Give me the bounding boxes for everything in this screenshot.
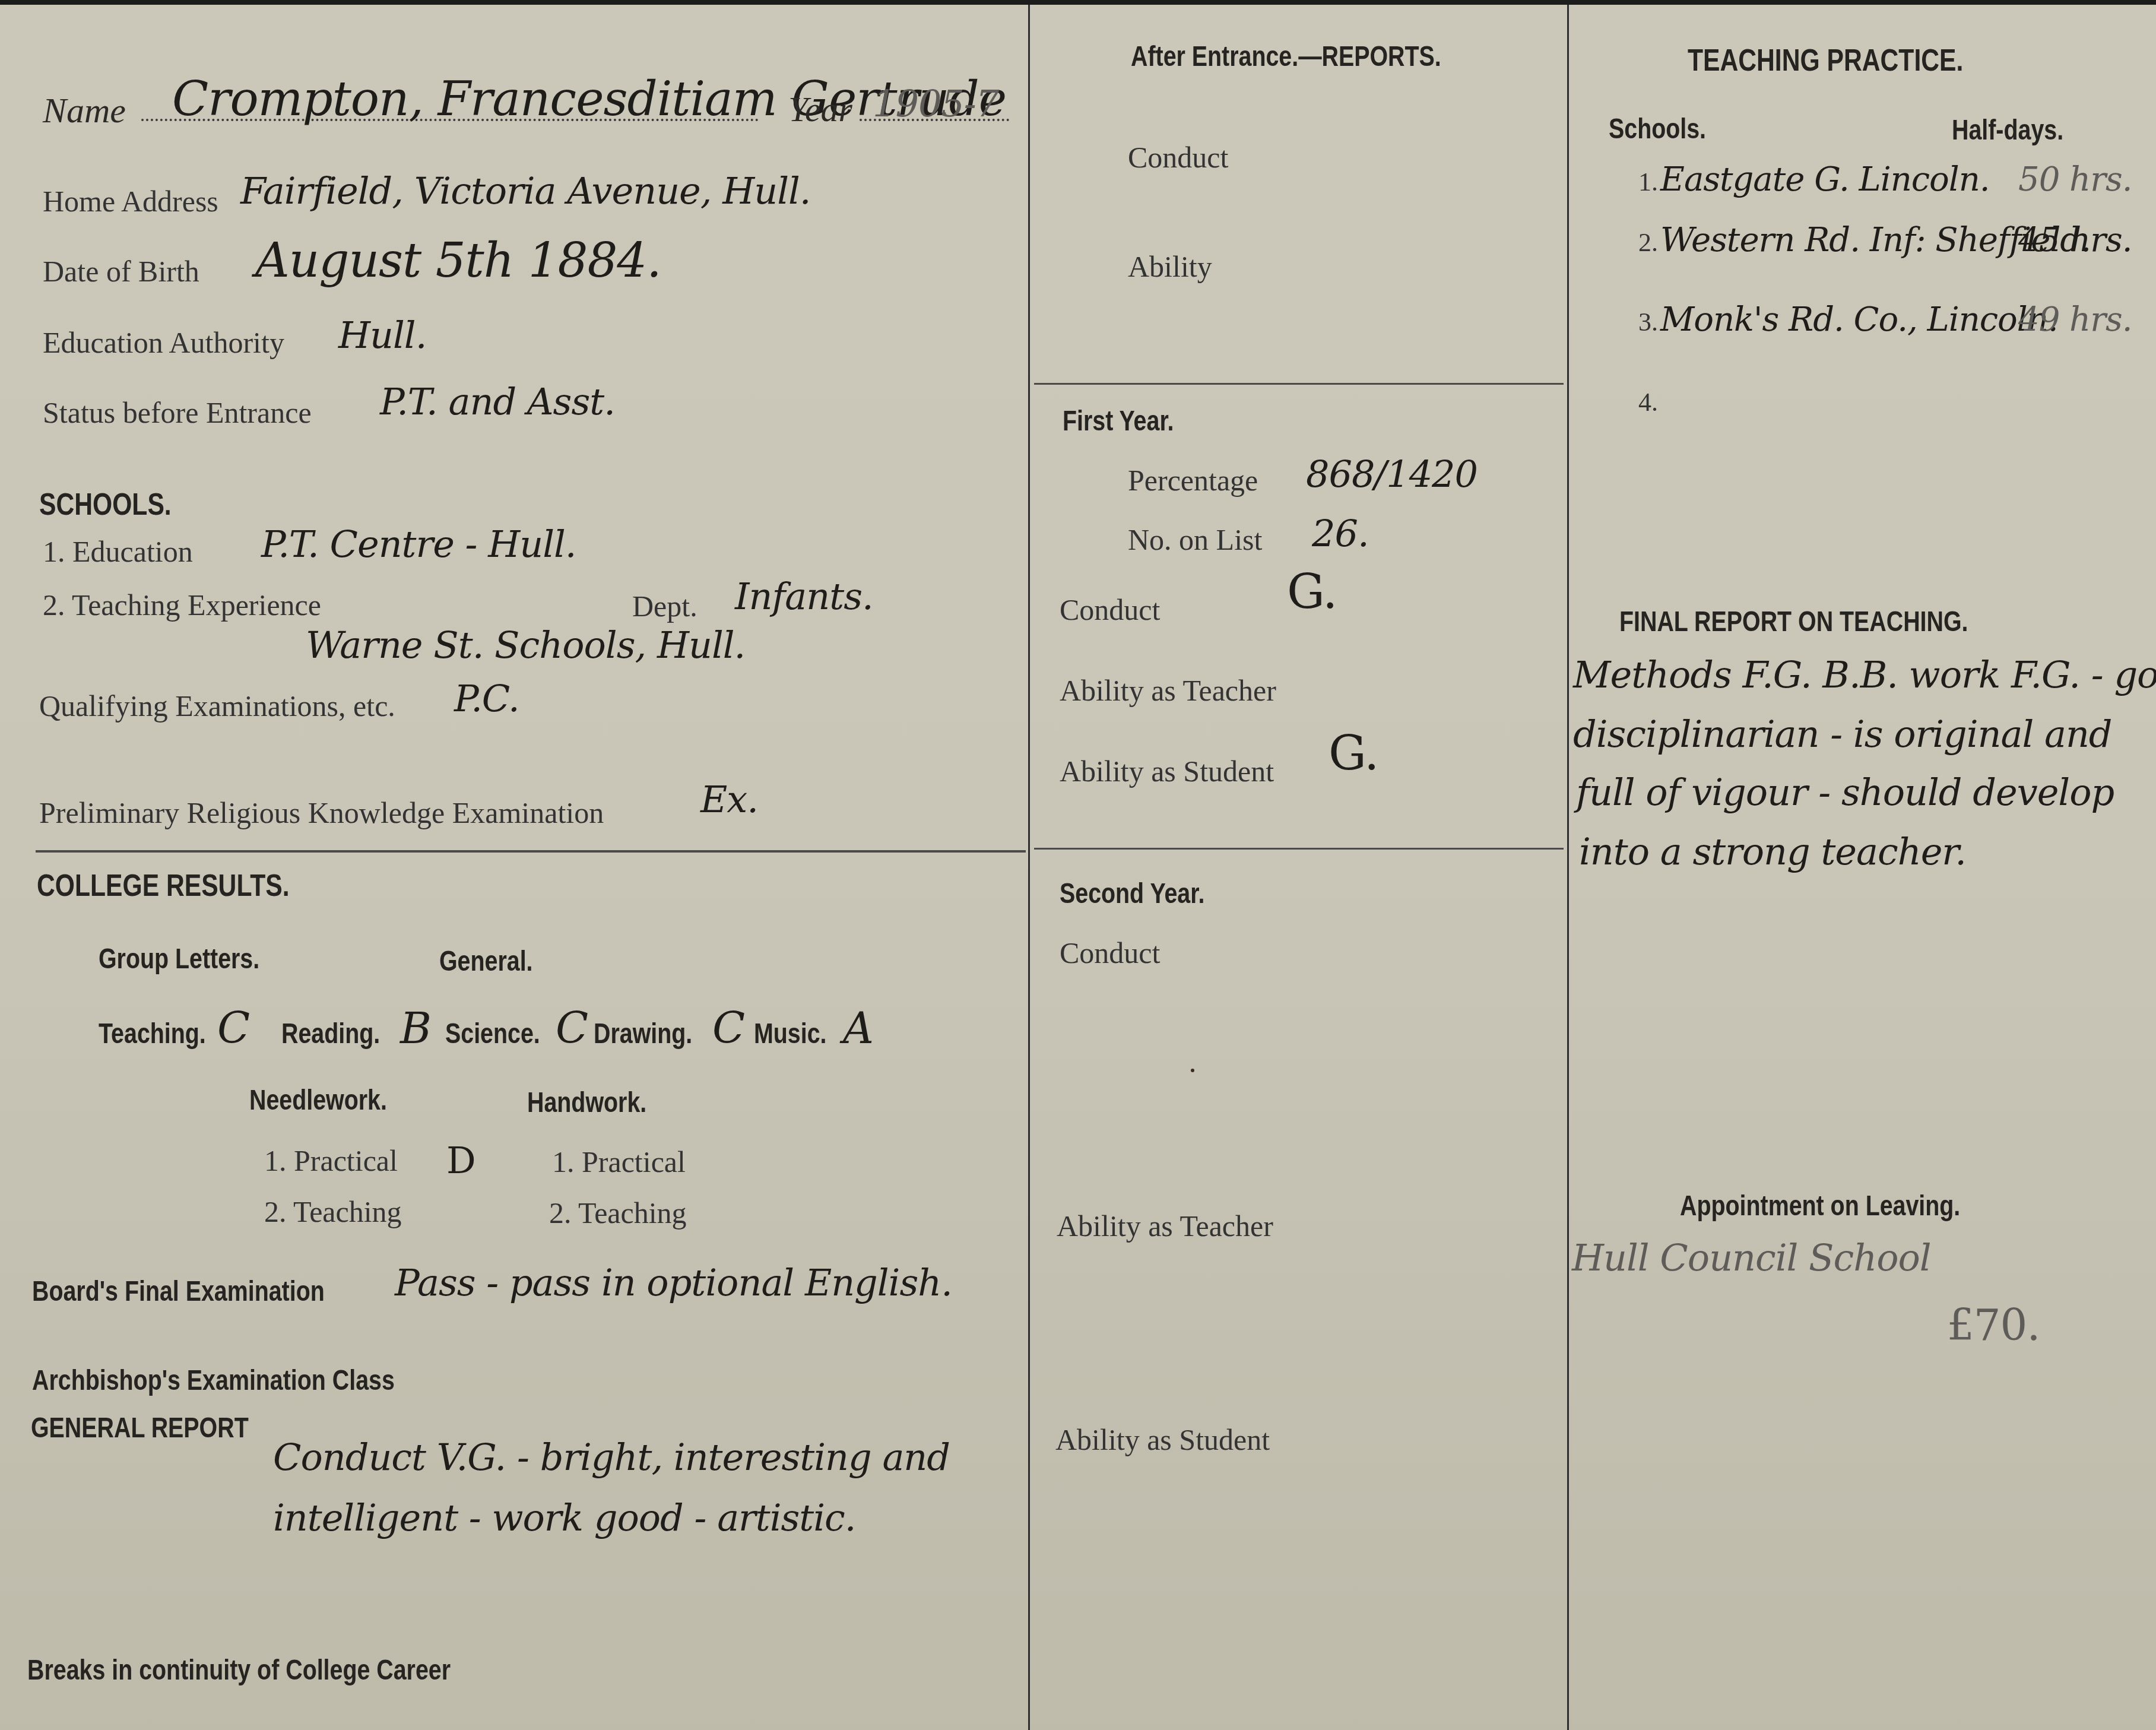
practice-num: 3.: [1638, 308, 1658, 337]
schools-col-label: Schools.: [1609, 113, 1706, 145]
religious-label: Preliminary Religious Knowledge Examinat…: [39, 796, 604, 830]
needlework-teaching-label: 2. Teaching: [264, 1194, 402, 1229]
dept-value: Infants.: [735, 575, 873, 618]
breaks-label: Breaks in continuity of College Career: [27, 1654, 451, 1687]
general-report-line1: Conduct V.G. - bright, interesting and: [273, 1436, 950, 1479]
needlework-label: Needlework.: [249, 1084, 387, 1117]
practice-school: Monk's Rd. Co., Lincoln.: [1660, 300, 2058, 339]
practice-row-4: 4.: [1638, 387, 1658, 417]
grade-reading-value: B: [400, 1003, 445, 1053]
grade-teaching-label: Teaching.: [99, 1018, 196, 1050]
practice-num: 4.: [1638, 388, 1658, 417]
grade-music-label: Music.: [754, 1018, 827, 1050]
no-on-list-label: No. on List: [1128, 522, 1262, 557]
practice-hours: 45 hrs.: [2018, 221, 2132, 259]
year-label: Year: [788, 89, 852, 130]
fy-ability-student-value: G.: [1329, 725, 1378, 781]
home-address-value: Fairfield, Victoria Avenue, Hull.: [240, 169, 811, 213]
religious-value: Ex.: [700, 778, 758, 821]
college-results-heading: COLLEGE RESULTS.: [37, 868, 290, 904]
grade-reading-label: Reading.: [281, 1018, 379, 1050]
final-report-line-4: into a strong teacher.: [1579, 830, 1966, 873]
appointment-value: Hull Council School: [1572, 1236, 1931, 1279]
fy-conduct-label: Conduct: [1060, 592, 1160, 627]
after-entrance-heading: After Entrance.—REPORTS.: [1131, 40, 1441, 73]
section-rule-college-results: [36, 850, 1026, 853]
boards-final-label: Board's Final Examination: [32, 1275, 325, 1308]
final-report-line-3: full of vigour - should develop: [1576, 771, 2114, 814]
final-report-line-2: disciplinarian - is original and: [1573, 712, 2112, 756]
percentage-value: 868/1420: [1306, 452, 1478, 496]
fy-conduct-value: G.: [1287, 564, 1337, 619]
half-days-col-label: Half-days.: [1952, 114, 2063, 147]
schools-heading: SCHOOLS.: [39, 487, 172, 522]
handwork-label: Handwork.: [527, 1086, 646, 1119]
status-value: P.T. and Asst.: [380, 380, 615, 423]
sy-ability-student-label: Ability as Student: [1055, 1422, 1270, 1457]
percentage-label: Percentage: [1128, 463, 1258, 498]
grade-science-label: Science.: [445, 1018, 536, 1050]
practice-row-2: 2. Western Rd. Inf: Sheffield. 45 hrs.: [1638, 221, 2149, 259]
dept-label: Dept.: [632, 589, 697, 623]
practice-school: Eastgate G. Lincoln.: [1660, 160, 1990, 199]
year-value: 1905-7: [873, 82, 998, 125]
column-divider-right: [1567, 5, 1569, 1730]
grade-teaching-value: C: [217, 1003, 281, 1053]
grade-music-value: A: [843, 1003, 879, 1053]
education-value: P.T. Centre - Hull.: [261, 522, 576, 566]
fy-ability-student-label: Ability as Student: [1060, 754, 1274, 788]
top-border: [0, 0, 2156, 5]
appointment-heading: Appointment on Leaving.: [1680, 1190, 1960, 1222]
general-report-line2: intelligent - work good - artistic.: [273, 1496, 856, 1539]
education-authority-value: Hull.: [338, 313, 426, 357]
sy-ability-teacher-label: Ability as Teacher: [1057, 1209, 1273, 1243]
qualifying-label: Qualifying Examinations, etc.: [39, 689, 395, 723]
name-label: Name: [43, 90, 126, 131]
final-report-heading: FINAL REPORT ON TEACHING.: [1619, 606, 1968, 638]
needlework-practical-value: D: [446, 1139, 475, 1182]
section-rule-second-year: [1034, 848, 1564, 850]
ae-conduct-label: Conduct: [1128, 140, 1228, 175]
sy-conduct-label: Conduct: [1060, 936, 1160, 970]
salary-value: £70.: [1947, 1300, 2040, 1350]
general-report-label: GENERAL REPORT: [31, 1412, 249, 1444]
fy-ability-teacher-label: Ability as Teacher: [1060, 673, 1276, 708]
boards-final-value: Pass - pass in optional English.: [395, 1261, 952, 1304]
ink-speck: [1191, 1069, 1194, 1072]
handwork-practical-label: 1. Practical: [552, 1145, 686, 1179]
qualifying-value: P.C.: [454, 677, 519, 720]
status-label: Status before Entrance: [43, 395, 312, 430]
teaching-experience-label: 2. Teaching Experience: [43, 588, 321, 622]
general-label: General.: [439, 945, 533, 978]
first-year-heading: First Year.: [1063, 405, 1174, 438]
grade-drawing-value: C: [712, 1003, 754, 1053]
practice-hours: 49 hrs.: [2018, 300, 2132, 339]
grade-drawing-label: Drawing.: [594, 1018, 691, 1050]
education-authority-label: Education Authority: [43, 325, 284, 360]
practice-num: 1.: [1638, 167, 1658, 197]
needlework-practical-label: 1. Practical: [264, 1143, 398, 1178]
group-letters-label: Group Letters.: [99, 943, 259, 975]
grades-row: Teaching. C Reading. B Science. C Drawin…: [99, 1003, 879, 1053]
no-on-list-value: 26.: [1312, 512, 1369, 555]
handwork-teaching-label: 2. Teaching: [549, 1196, 687, 1230]
teaching-experience-value: Warne St. Schools, Hull.: [306, 623, 745, 667]
practice-hours: 50 hrs.: [2018, 160, 2132, 199]
home-address-label: Home Address: [43, 184, 218, 218]
practice-num: 2.: [1638, 228, 1658, 257]
second-year-heading: Second Year.: [1060, 877, 1204, 910]
final-report-line-1: Methods F.G. B.B. work F.G. - good: [1573, 653, 2156, 696]
dob-value: August 5th 1884.: [255, 233, 661, 288]
education-label: 1. Education: [43, 534, 193, 569]
section-rule-first-year: [1034, 383, 1564, 385]
practice-row-3: 3. Monk's Rd. Co., Lincoln. 49 hrs.: [1638, 300, 2149, 339]
column-divider-left: [1028, 5, 1030, 1730]
teaching-practice-heading: TEACHING PRACTICE.: [1688, 43, 1963, 78]
practice-row-1: 1. Eastgate G. Lincoln. 50 hrs.: [1638, 160, 2149, 199]
archbishop-label: Archbishop's Examination Class: [32, 1364, 395, 1397]
dob-label: Date of Birth: [43, 254, 199, 289]
ae-ability-label: Ability: [1128, 249, 1212, 284]
grade-science-value: C: [556, 1003, 594, 1053]
